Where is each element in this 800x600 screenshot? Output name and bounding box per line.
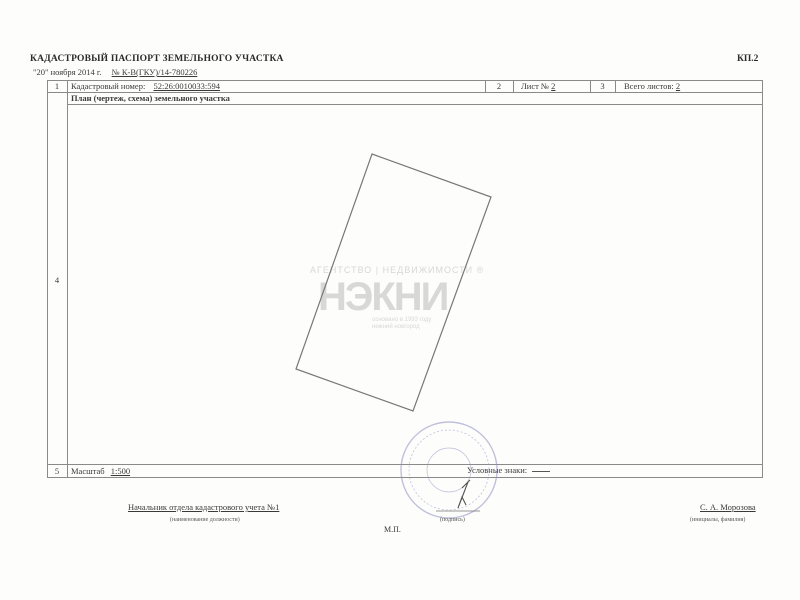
signature-mark	[458, 480, 470, 508]
stamp-place: М.П.	[384, 525, 401, 534]
boundary-line-symbol	[532, 471, 550, 472]
plan-drawing	[0, 0, 800, 600]
position-caption: (наименование должности)	[170, 517, 240, 523]
land-parcel-outline	[296, 154, 491, 411]
legend-label: Условные знаки:	[467, 465, 527, 475]
legend: Условные знаки:	[467, 465, 550, 475]
official-position: Начальник отдела кадастрового учета №1	[128, 502, 279, 512]
signature-caption: (подпись)	[440, 517, 465, 523]
official-name: С. А. Морозова	[700, 502, 756, 512]
name-caption: (инициалы, фамилия)	[690, 517, 745, 523]
